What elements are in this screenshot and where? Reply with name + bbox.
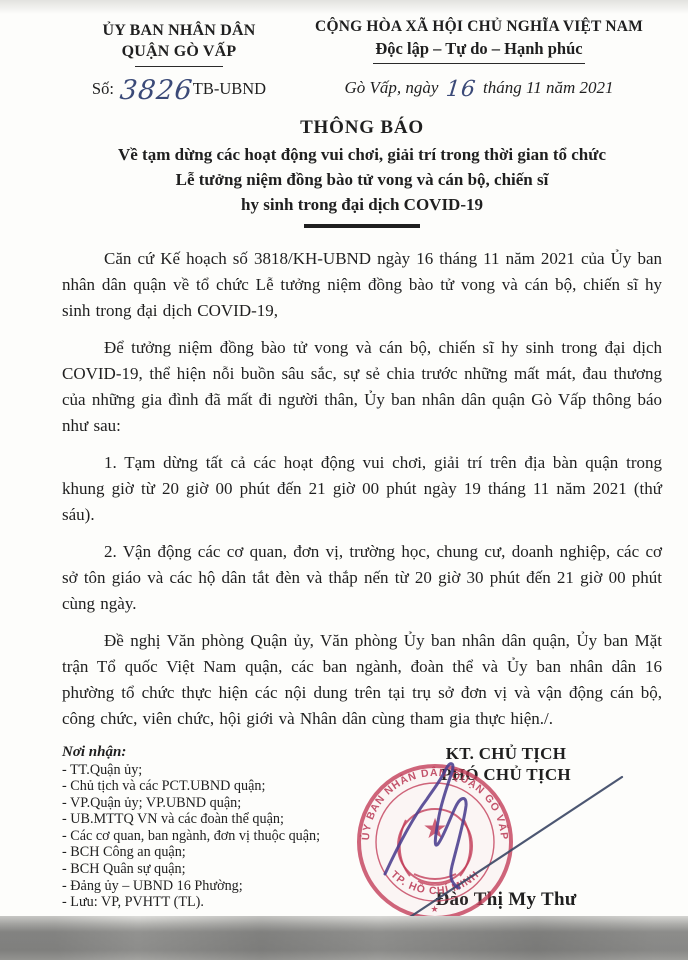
signer-name: Đào Thị My Thư: [350, 889, 662, 911]
document-number-handwritten: 3826: [119, 82, 194, 100]
org-name-line1: ỦY BAN NHÂN DÂN: [62, 20, 296, 41]
document-header: ỦY BAN NHÂN DÂN QUẬN GÒ VẤP Số: 3826TB-U…: [62, 16, 662, 100]
recipient-item: - Đảng ủy – UBND 16 Phường;: [62, 878, 350, 895]
place-date-line: Gò Vấp, ngày 16 tháng 11 năm 2021: [296, 78, 662, 98]
recipients-block: Nơi nhận: - TT.Quận ủy; - Chủ tịch và cá…: [62, 743, 350, 911]
signature-capacity-line2: PHÓ CHỦ TỊCH: [350, 764, 662, 785]
national-title: CỘNG HÒA XÃ HỘI CHỦ NGHĨA VIỆT NAM: [296, 16, 662, 38]
body-paragraph: 1. Tạm dừng tất cả các hoạt động vui chơ…: [62, 450, 662, 528]
scan-bottom-edge: [0, 916, 688, 960]
body-paragraph: Căn cứ Kế hoạch số 3818/KH-UBND ngày 16 …: [62, 246, 662, 324]
org-name-line2: QUẬN GÒ VẤP: [62, 41, 296, 62]
document-footer: Nơi nhận: - TT.Quận ủy; - Chủ tịch và cá…: [62, 743, 662, 911]
dateline-prefix: Gò Vấp, ngày: [345, 78, 439, 97]
dateline-day-handwritten: 16: [445, 82, 477, 98]
recipient-item: - BCH Công an quận;: [62, 844, 350, 861]
scanned-document: ỦY BAN NHÂN DÂN QUẬN GÒ VẤP Số: 3826TB-U…: [0, 0, 688, 960]
document-subtitle-line3: hy sinh trong đại dịch COVID-19: [62, 192, 662, 217]
document-page: ỦY BAN NHÂN DÂN QUẬN GÒ VẤP Số: 3826TB-U…: [0, 0, 688, 916]
recipient-item: - TT.Quận ủy;: [62, 762, 350, 779]
recipient-item: - Chủ tịch và các PCT.UBND quận;: [62, 778, 350, 795]
recipients-heading: Nơi nhận:: [62, 743, 350, 762]
recipient-item: - BCH Quân sự quận;: [62, 861, 350, 878]
body-paragraph: Để tưởng niệm đồng bào tử vong và cán bộ…: [62, 335, 662, 439]
document-number: Số: 3826TB-UBND: [62, 79, 296, 100]
document-subtitle-line2: Lễ tưởng niệm đồng bào tử vong và cán bộ…: [62, 167, 662, 192]
document-number-suffix: TB-UBND: [193, 79, 266, 98]
recipient-item: - Các cơ quan, ban ngành, đơn vị thuộc q…: [62, 828, 350, 845]
recipient-item: - Lưu: VP, PVHTT (TL).: [62, 894, 350, 911]
org-underline: [135, 66, 223, 67]
national-motto: Độc lập – Tự do – Hạnh phúc: [296, 38, 662, 60]
body-paragraph: 2. Vận động các cơ quan, đơn vị, trường …: [62, 539, 662, 617]
national-motto-block: CỘNG HÒA XÃ HỘI CHỦ NGHĨA VIỆT NAM Độc l…: [296, 16, 662, 100]
title-divider: [304, 224, 420, 228]
signature-block: KT. CHỦ TỊCH PHÓ CHỦ TỊCH Đào Thị My Thư: [350, 743, 662, 911]
document-title: THÔNG BÁO: [62, 114, 662, 142]
recipient-item: - UB.MTTQ VN và các đoàn thể quận;: [62, 811, 350, 828]
recipient-item: - VP.Quận ủy; VP.UBND quận;: [62, 795, 350, 812]
document-body: Căn cứ Kế hoạch số 3818/KH-UBND ngày 16 …: [62, 246, 662, 732]
signature-capacity-line1: KT. CHỦ TỊCH: [350, 743, 662, 764]
document-subtitle-line1: Về tạm dừng các hoạt động vui chơi, giải…: [62, 142, 662, 167]
issuing-org-block: ỦY BAN NHÂN DÂN QUẬN GÒ VẤP Số: 3826TB-U…: [62, 16, 296, 100]
motto-underline: [373, 63, 585, 64]
dateline-suffix: tháng 11 năm 2021: [483, 78, 614, 97]
body-paragraph: Đề nghị Văn phòng Quận ủy, Văn phòng Ủy …: [62, 628, 662, 732]
document-number-label: Số:: [92, 79, 114, 98]
document-title-block: THÔNG BÁO Về tạm dừng các hoạt động vui …: [62, 114, 662, 228]
